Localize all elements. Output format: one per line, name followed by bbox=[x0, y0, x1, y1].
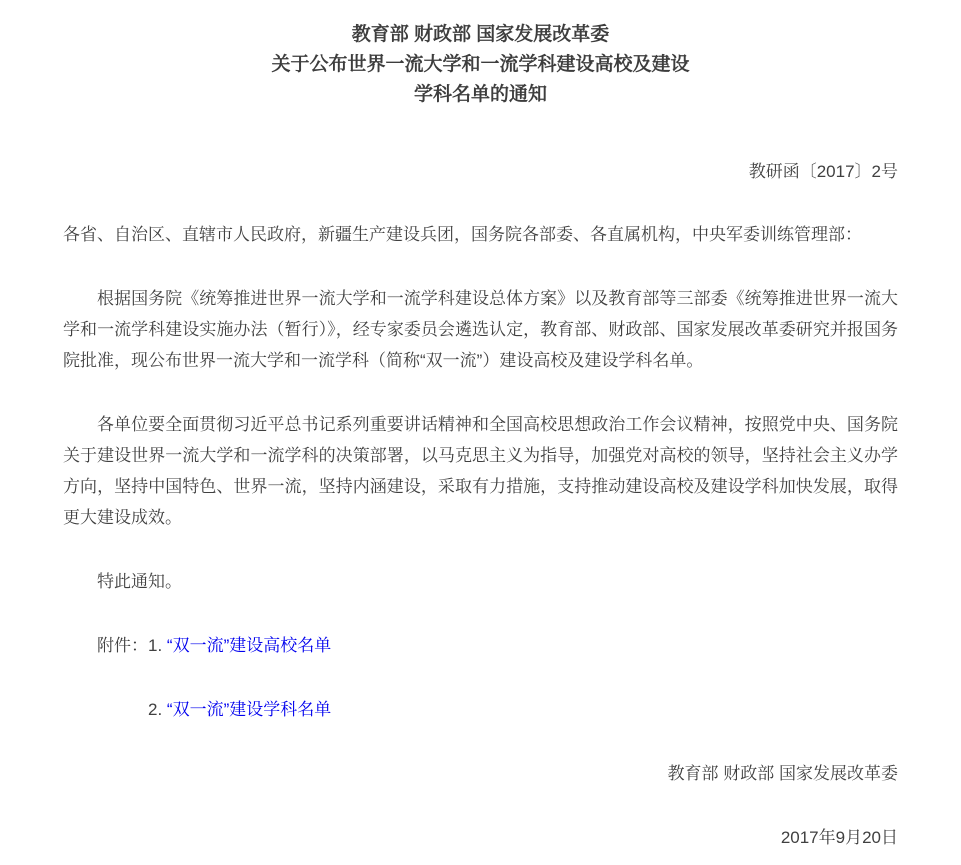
document-title-line-3: 学科名单的通知 bbox=[63, 80, 898, 110]
body-paragraph-2: 各单位要全面贯彻习近平总书记系列重要讲话精神和全国高校思想政治工作会议精神，按照… bbox=[63, 409, 898, 533]
attachment-line-1: 附件：1. “双一流”建设高校名单 bbox=[63, 630, 898, 661]
document-title-line-2: 关于公布世界一流大学和一流学科建设高校及建设 bbox=[63, 50, 898, 80]
attachment-2-number: 2. bbox=[148, 700, 167, 719]
signature-date: 2017年9月20日 bbox=[63, 822, 898, 853]
attachment-1-link[interactable]: “双一流”建设高校名单 bbox=[167, 636, 331, 655]
attachments-label: 附件： bbox=[97, 636, 148, 655]
notice-document: 教育部 财政部 国家发展改革委 关于公布世界一流大学和一流学科建设高校及建设 学… bbox=[0, 0, 961, 865]
document-number: 教研函〔2017〕2号 bbox=[63, 156, 898, 187]
closing-line: 特此通知。 bbox=[63, 566, 898, 597]
document-title: 教育部 财政部 国家发展改革委 关于公布世界一流大学和一流学科建设高校及建设 学… bbox=[63, 20, 898, 110]
attachment-line-2: 2. “双一流”建设学科名单 bbox=[63, 694, 898, 725]
body-paragraph-1: 根据国务院《统筹推进世界一流大学和一流学科建设总体方案》以及教育部等三部委《统筹… bbox=[63, 283, 898, 376]
attachment-1-number: 1. bbox=[148, 636, 167, 655]
salutation: 各省、自治区、直辖市人民政府，新疆生产建设兵团，国务院各部委、各直属机构，中央军… bbox=[63, 219, 898, 250]
attachment-2-link[interactable]: “双一流”建设学科名单 bbox=[167, 700, 331, 719]
signature-agencies: 教育部 财政部 国家发展改革委 bbox=[63, 758, 898, 789]
document-title-line-1: 教育部 财政部 国家发展改革委 bbox=[63, 20, 898, 50]
